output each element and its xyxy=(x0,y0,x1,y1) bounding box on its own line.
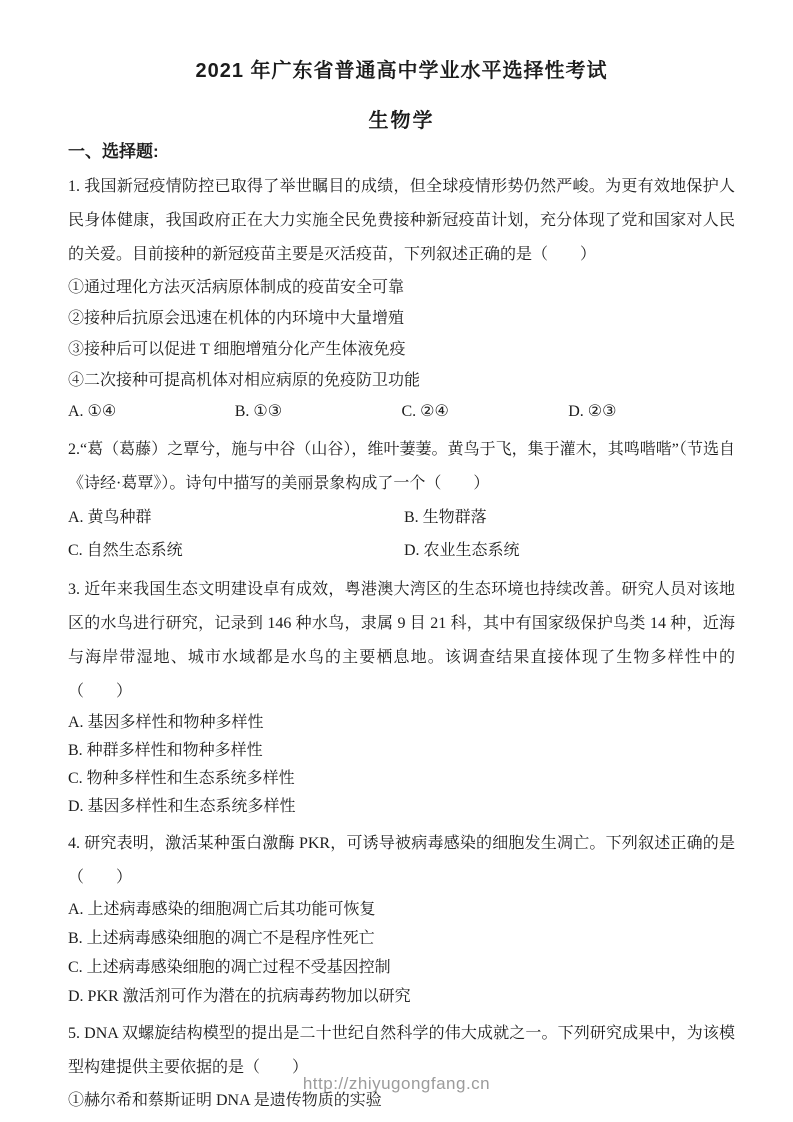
question-1-item-2: ②接种后抗原会迅速在机体的内环境中大量增殖 xyxy=(68,303,735,334)
question-1-item-3: ③接种后可以促进 T 细胞增殖分化产生体液免疫 xyxy=(68,334,735,365)
exam-subject: 生物学 xyxy=(68,108,735,134)
footer-watermark-url: http://zhiyugongfang.cn xyxy=(0,1074,793,1094)
question-3-option-d: D. 基因多样性和生态系统多样性 xyxy=(68,793,735,821)
question-2-stem: 2.“葛（葛藤）之覃兮，施与中谷（山谷），维叶萋萋。黄鸟于飞，集于灌木，其鸣喈喈… xyxy=(68,433,735,501)
question-1-item-1: ①通过理化方法灭活病原体制成的疫苗安全可靠 xyxy=(68,272,735,303)
question-1-option-d: D. ②③ xyxy=(568,396,735,427)
question-1-options: A. ①④ B. ①③ C. ②④ D. ②③ xyxy=(68,396,735,427)
question-1-stem: 1. 我国新冠疫情防控已取得了举世瞩目的成绩，但全球疫情形势仍然严峻。为更有效地… xyxy=(68,170,735,272)
question-4-stem: 4. 研究表明，激活某种蛋白激酶 PKR，可诱导被病毒感染的细胞发生凋亡。下列叙… xyxy=(68,827,735,895)
question-4-option-b: B. 上述病毒感染细胞的凋亡不是程序性死亡 xyxy=(68,924,735,953)
question-4-options: A. 上述病毒感染的细胞凋亡后其功能可恢复 B. 上述病毒感染细胞的凋亡不是程序… xyxy=(68,895,735,1011)
question-4: 4. 研究表明，激活某种蛋白激酶 PKR，可诱导被病毒感染的细胞发生凋亡。下列叙… xyxy=(68,827,735,1011)
question-3-option-a: A. 基因多样性和物种多样性 xyxy=(68,709,735,737)
question-1-item-4: ④二次接种可提高机体对相应病原的免疫防卫功能 xyxy=(68,365,735,396)
question-1-option-a: A. ①④ xyxy=(68,396,235,427)
question-3-option-c: C. 物种多样性和生态系统多样性 xyxy=(68,765,735,793)
question-1-items: ①通过理化方法灭活病原体制成的疫苗安全可靠 ②接种后抗原会迅速在机体的内环境中大… xyxy=(68,272,735,396)
question-1: 1. 我国新冠疫情防控已取得了举世瞩目的成绩，但全球疫情形势仍然严峻。为更有效地… xyxy=(68,170,735,427)
question-4-option-c: C. 上述病毒感染细胞的凋亡过程不受基因控制 xyxy=(68,953,735,982)
question-3-options: A. 基因多样性和物种多样性 B. 种群多样性和物种多样性 C. 物种多样性和生… xyxy=(68,709,735,821)
question-2-option-c: C. 自然生态系统 xyxy=(68,534,404,567)
section-header: 一、选择题: xyxy=(68,140,735,164)
question-2-option-b: B. 生物群落 xyxy=(404,501,735,534)
question-3-stem: 3. 近年来我国生态文明建设卓有成效，粤港澳大湾区的生态环境也持续改善。研究人员… xyxy=(68,573,735,709)
exam-page: 2021 年广东省普通高中学业水平选择性考试 生物学 一、选择题: 1. 我国新… xyxy=(0,0,793,1116)
question-2-options: A. 黄鸟种群 B. 生物群落 C. 自然生态系统 D. 农业生态系统 xyxy=(68,501,735,567)
exam-title: 2021 年广东省普通高中学业水平选择性考试 xyxy=(68,58,735,84)
question-2: 2.“葛（葛藤）之覃兮，施与中谷（山谷），维叶萋萋。黄鸟于飞，集于灌木，其鸣喈喈… xyxy=(68,433,735,567)
question-4-option-d: D. PKR 激活剂可作为潜在的抗病毒药物加以研究 xyxy=(68,982,735,1011)
question-2-option-a: A. 黄鸟种群 xyxy=(68,501,404,534)
question-1-option-b: B. ①③ xyxy=(235,396,402,427)
question-4-option-a: A. 上述病毒感染的细胞凋亡后其功能可恢复 xyxy=(68,895,735,924)
question-5: 5. DNA 双螺旋结构模型的提出是二十世纪自然科学的伟大成就之一。下列研究成果… xyxy=(68,1017,735,1116)
question-3-option-b: B. 种群多样性和物种多样性 xyxy=(68,737,735,765)
question-2-option-d: D. 农业生态系统 xyxy=(404,534,735,567)
question-3: 3. 近年来我国生态文明建设卓有成效，粤港澳大湾区的生态环境也持续改善。研究人员… xyxy=(68,573,735,821)
question-1-option-c: C. ②④ xyxy=(402,396,569,427)
